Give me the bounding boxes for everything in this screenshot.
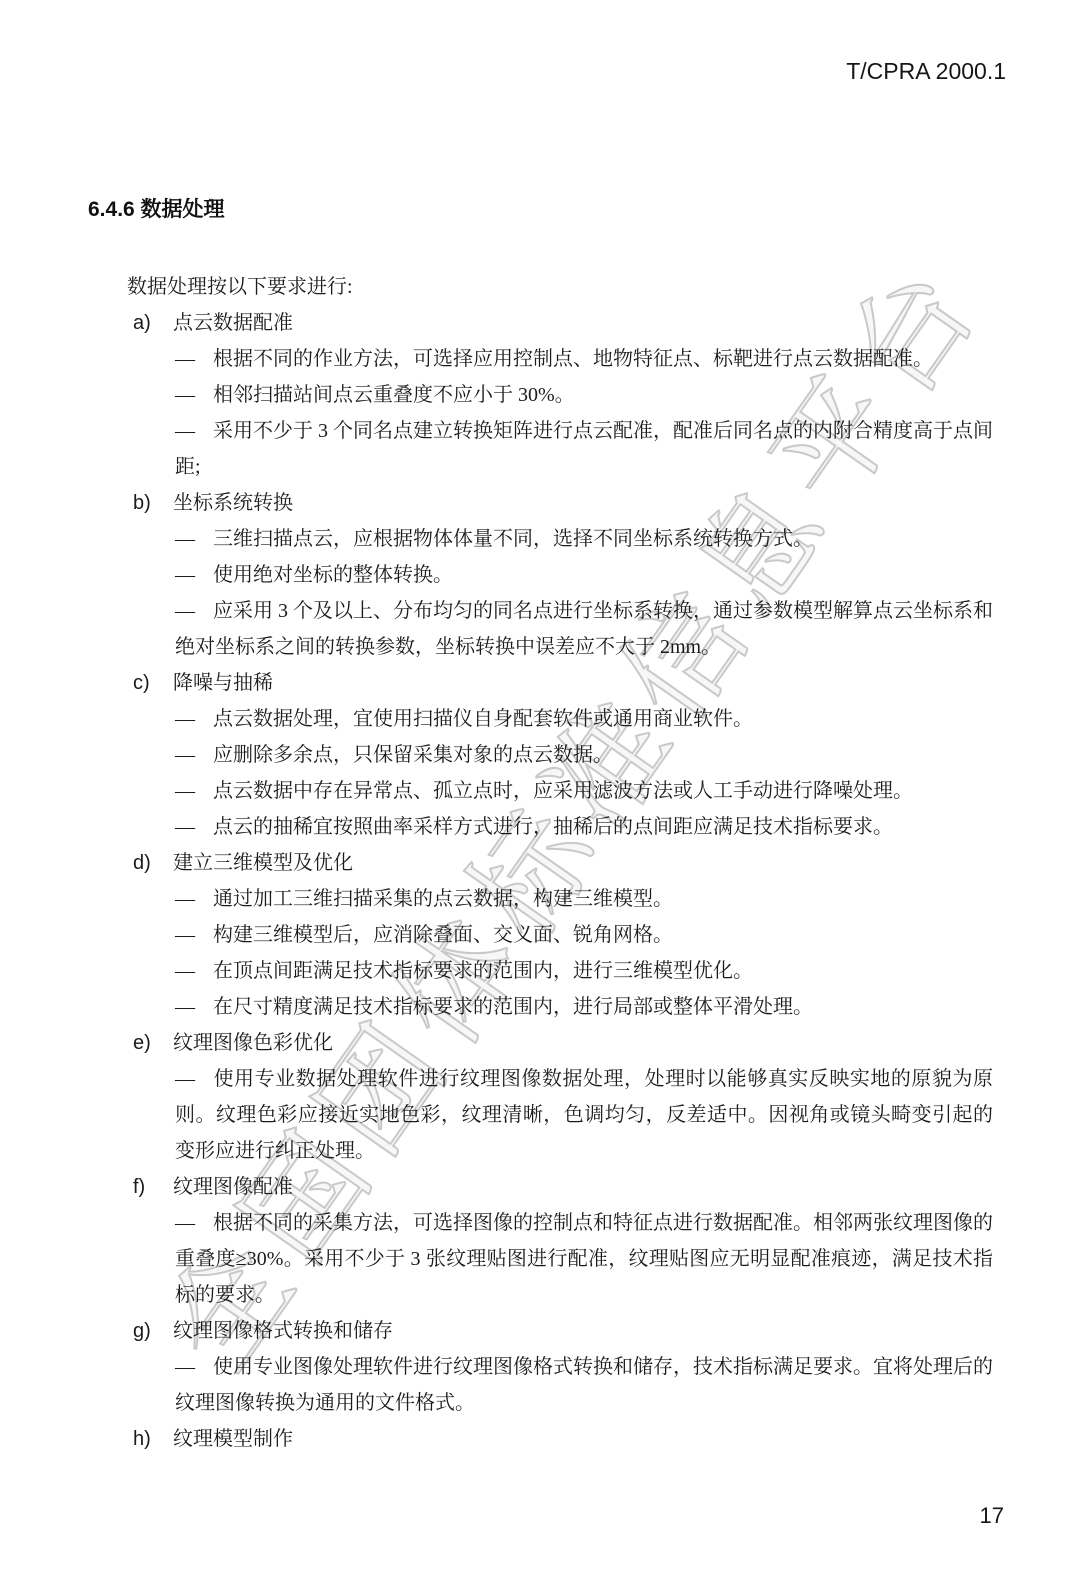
em-dash: — [175, 521, 213, 557]
bullet-text: 通过加工三维扫描采集的点云数据，构建三维模型。 [213, 888, 673, 910]
item-letter-label: f) [133, 1169, 173, 1205]
bullet-text: 在尺寸精度满足技术指标要求的范围内，进行局部或整体平滑处理。 [213, 996, 813, 1018]
bullet-text: 根据不同的采集方法，可选择图像的控制点和特征点进行数据配准。相邻两张纹理图像的重… [175, 1212, 993, 1306]
bullet-text: 应采用 3 个及以上、分布均匀的同名点进行坐标系转换，通过参数模型解算点云坐标系… [175, 600, 993, 658]
item-title: 点云数据配准 [173, 312, 293, 334]
bullet-paragraph: —使用专业图像处理软件进行纹理图像格式转换和储存，技术指标满足要求。宜将处理后的… [175, 1349, 993, 1421]
list-item-head: d)建立三维模型及优化 [133, 845, 993, 881]
em-dash: — [175, 1061, 213, 1097]
intro-paragraph: 数据处理按以下要求进行: [127, 269, 993, 305]
em-dash: — [175, 413, 213, 449]
bullet-paragraph: —在顶点间距满足技术指标要求的范围内，进行三维模型优化。 [175, 953, 993, 989]
em-dash: — [175, 953, 213, 989]
bullet-text: 点云的抽稀宜按照曲率采样方式进行，抽稀后的点间距应满足技术指标要求。 [213, 816, 893, 838]
item-letter-label: e) [133, 1025, 173, 1061]
bullet-text: 采用不少于 3 个同名点建立转换矩阵进行点云配准，配准后同名点的内附合精度高于点… [175, 420, 993, 478]
em-dash: — [175, 773, 213, 809]
item-title: 降噪与抽稀 [173, 672, 273, 694]
list-item-head: e)纹理图像色彩优化 [133, 1025, 993, 1061]
item-letter-label: c) [133, 665, 173, 701]
list-item-head: a)点云数据配准 [133, 305, 993, 341]
em-dash: — [175, 341, 213, 377]
item-letter-label: d) [133, 845, 173, 881]
em-dash: — [175, 917, 213, 953]
bullet-text: 相邻扫描站间点云重叠度不应小于 30%。 [213, 384, 575, 406]
bullet-paragraph: —使用专业数据处理软件进行纹理图像数据处理，处理时以能够真实反映实地的原貌为原则… [175, 1061, 993, 1169]
em-dash: — [175, 989, 213, 1025]
em-dash: — [175, 809, 213, 845]
bullet-text: 三维扫描点云，应根据物体体量不同，选择不同坐标系统转换方式。 [213, 528, 813, 550]
bullet-paragraph: —应删除多余点，只保留采集对象的点云数据。 [175, 737, 993, 773]
bullet-text: 点云数据处理，宜使用扫描仪自身配套软件或通用商业软件。 [213, 708, 753, 730]
bullet-paragraph: —点云数据中存在异常点、孤立点时，应采用滤波方法或人工手动进行降噪处理。 [175, 773, 993, 809]
bullet-text: 根据不同的作业方法，可选择应用控制点、地物特征点、标靶进行点云数据配准。 [213, 348, 933, 370]
bullet-paragraph: —根据不同的采集方法，可选择图像的控制点和特征点进行数据配准。相邻两张纹理图像的… [175, 1205, 993, 1313]
em-dash: — [175, 881, 213, 917]
bullet-paragraph: —三维扫描点云，应根据物体体量不同，选择不同坐标系统转换方式。 [175, 521, 993, 557]
item-title: 坐标系统转换 [173, 492, 293, 514]
item-title: 纹理图像配准 [173, 1176, 293, 1198]
doc-number: T/CPRA 2000.1 [846, 58, 1006, 85]
item-title: 建立三维模型及优化 [173, 852, 353, 874]
bullet-paragraph: —在尺寸精度满足技术指标要求的范围内，进行局部或整体平滑处理。 [175, 989, 993, 1025]
item-letter-label: b) [133, 485, 173, 521]
bullet-text: 使用绝对坐标的整体转换。 [213, 564, 453, 586]
item-letter-label: a) [133, 305, 173, 341]
page-number: 17 [980, 1503, 1004, 1529]
bullet-text: 构建三维模型后，应消除叠面、交义面、锐角网格。 [213, 924, 673, 946]
em-dash: — [175, 701, 213, 737]
page-content: 6.4.6 数据处理 数据处理按以下要求进行: a)点云数据配准—根据不同的作业… [88, 196, 993, 1457]
bullet-text: 点云数据中存在异常点、孤立点时，应采用滤波方法或人工手动进行降噪处理。 [213, 780, 913, 802]
em-dash: — [175, 1205, 213, 1241]
bullet-text: 使用专业图像处理软件进行纹理图像格式转换和储存，技术指标满足要求。宜将处理后的纹… [175, 1356, 993, 1414]
list-item-head: g)纹理图像格式转换和储存 [133, 1313, 993, 1349]
item-letter-label: g) [133, 1313, 173, 1349]
list-item-head: f)纹理图像配准 [133, 1169, 993, 1205]
em-dash: — [175, 377, 213, 413]
em-dash: — [175, 557, 213, 593]
bullet-paragraph: —相邻扫描站间点云重叠度不应小于 30%。 [175, 377, 993, 413]
bullet-paragraph: —使用绝对坐标的整体转换。 [175, 557, 993, 593]
bullet-paragraph: —根据不同的作业方法，可选择应用控制点、地物特征点、标靶进行点云数据配准。 [175, 341, 993, 377]
bullet-paragraph: —构建三维模型后，应消除叠面、交义面、锐角网格。 [175, 917, 993, 953]
bullet-text: 在顶点间距满足技术指标要求的范围内，进行三维模型优化。 [213, 960, 753, 982]
item-title: 纹理模型制作 [173, 1428, 293, 1450]
em-dash: — [175, 593, 213, 629]
bullet-paragraph: —采用不少于 3 个同名点建立转换矩阵进行点云配准，配准后同名点的内附合精度高于… [175, 413, 993, 485]
em-dash: — [175, 1349, 213, 1385]
item-title: 纹理图像格式转换和储存 [173, 1320, 393, 1342]
bullet-paragraph: —通过加工三维扫描采集的点云数据，构建三维模型。 [175, 881, 993, 917]
item-letter-label: h) [133, 1421, 173, 1457]
section-heading: 6.4.6 数据处理 [88, 196, 993, 224]
item-title: 纹理图像色彩优化 [173, 1032, 333, 1054]
bullet-paragraph: —点云数据处理，宜使用扫描仪自身配套软件或通用商业软件。 [175, 701, 993, 737]
bullet-paragraph: —点云的抽稀宜按照曲率采样方式进行，抽稀后的点间距应满足技术指标要求。 [175, 809, 993, 845]
list-item-head: b)坐标系统转换 [133, 485, 993, 521]
list-item-head: c)降噪与抽稀 [133, 665, 993, 701]
em-dash: — [175, 737, 213, 773]
list-item-head: h)纹理模型制作 [133, 1421, 993, 1457]
bullet-text: 使用专业数据处理软件进行纹理图像数据处理，处理时以能够真实反映实地的原貌为原则。… [175, 1068, 993, 1162]
bullet-paragraph: —应采用 3 个及以上、分布均匀的同名点进行坐标系转换，通过参数模型解算点云坐标… [175, 593, 993, 665]
bullet-text: 应删除多余点，只保留采集对象的点云数据。 [213, 744, 613, 766]
document-page: 全国团体标准信息平台 T/CPRA 2000.1 6.4.6 数据处理 数据处理… [0, 0, 1080, 1595]
requirements-list: a)点云数据配准—根据不同的作业方法，可选择应用控制点、地物特征点、标靶进行点云… [88, 305, 993, 1457]
